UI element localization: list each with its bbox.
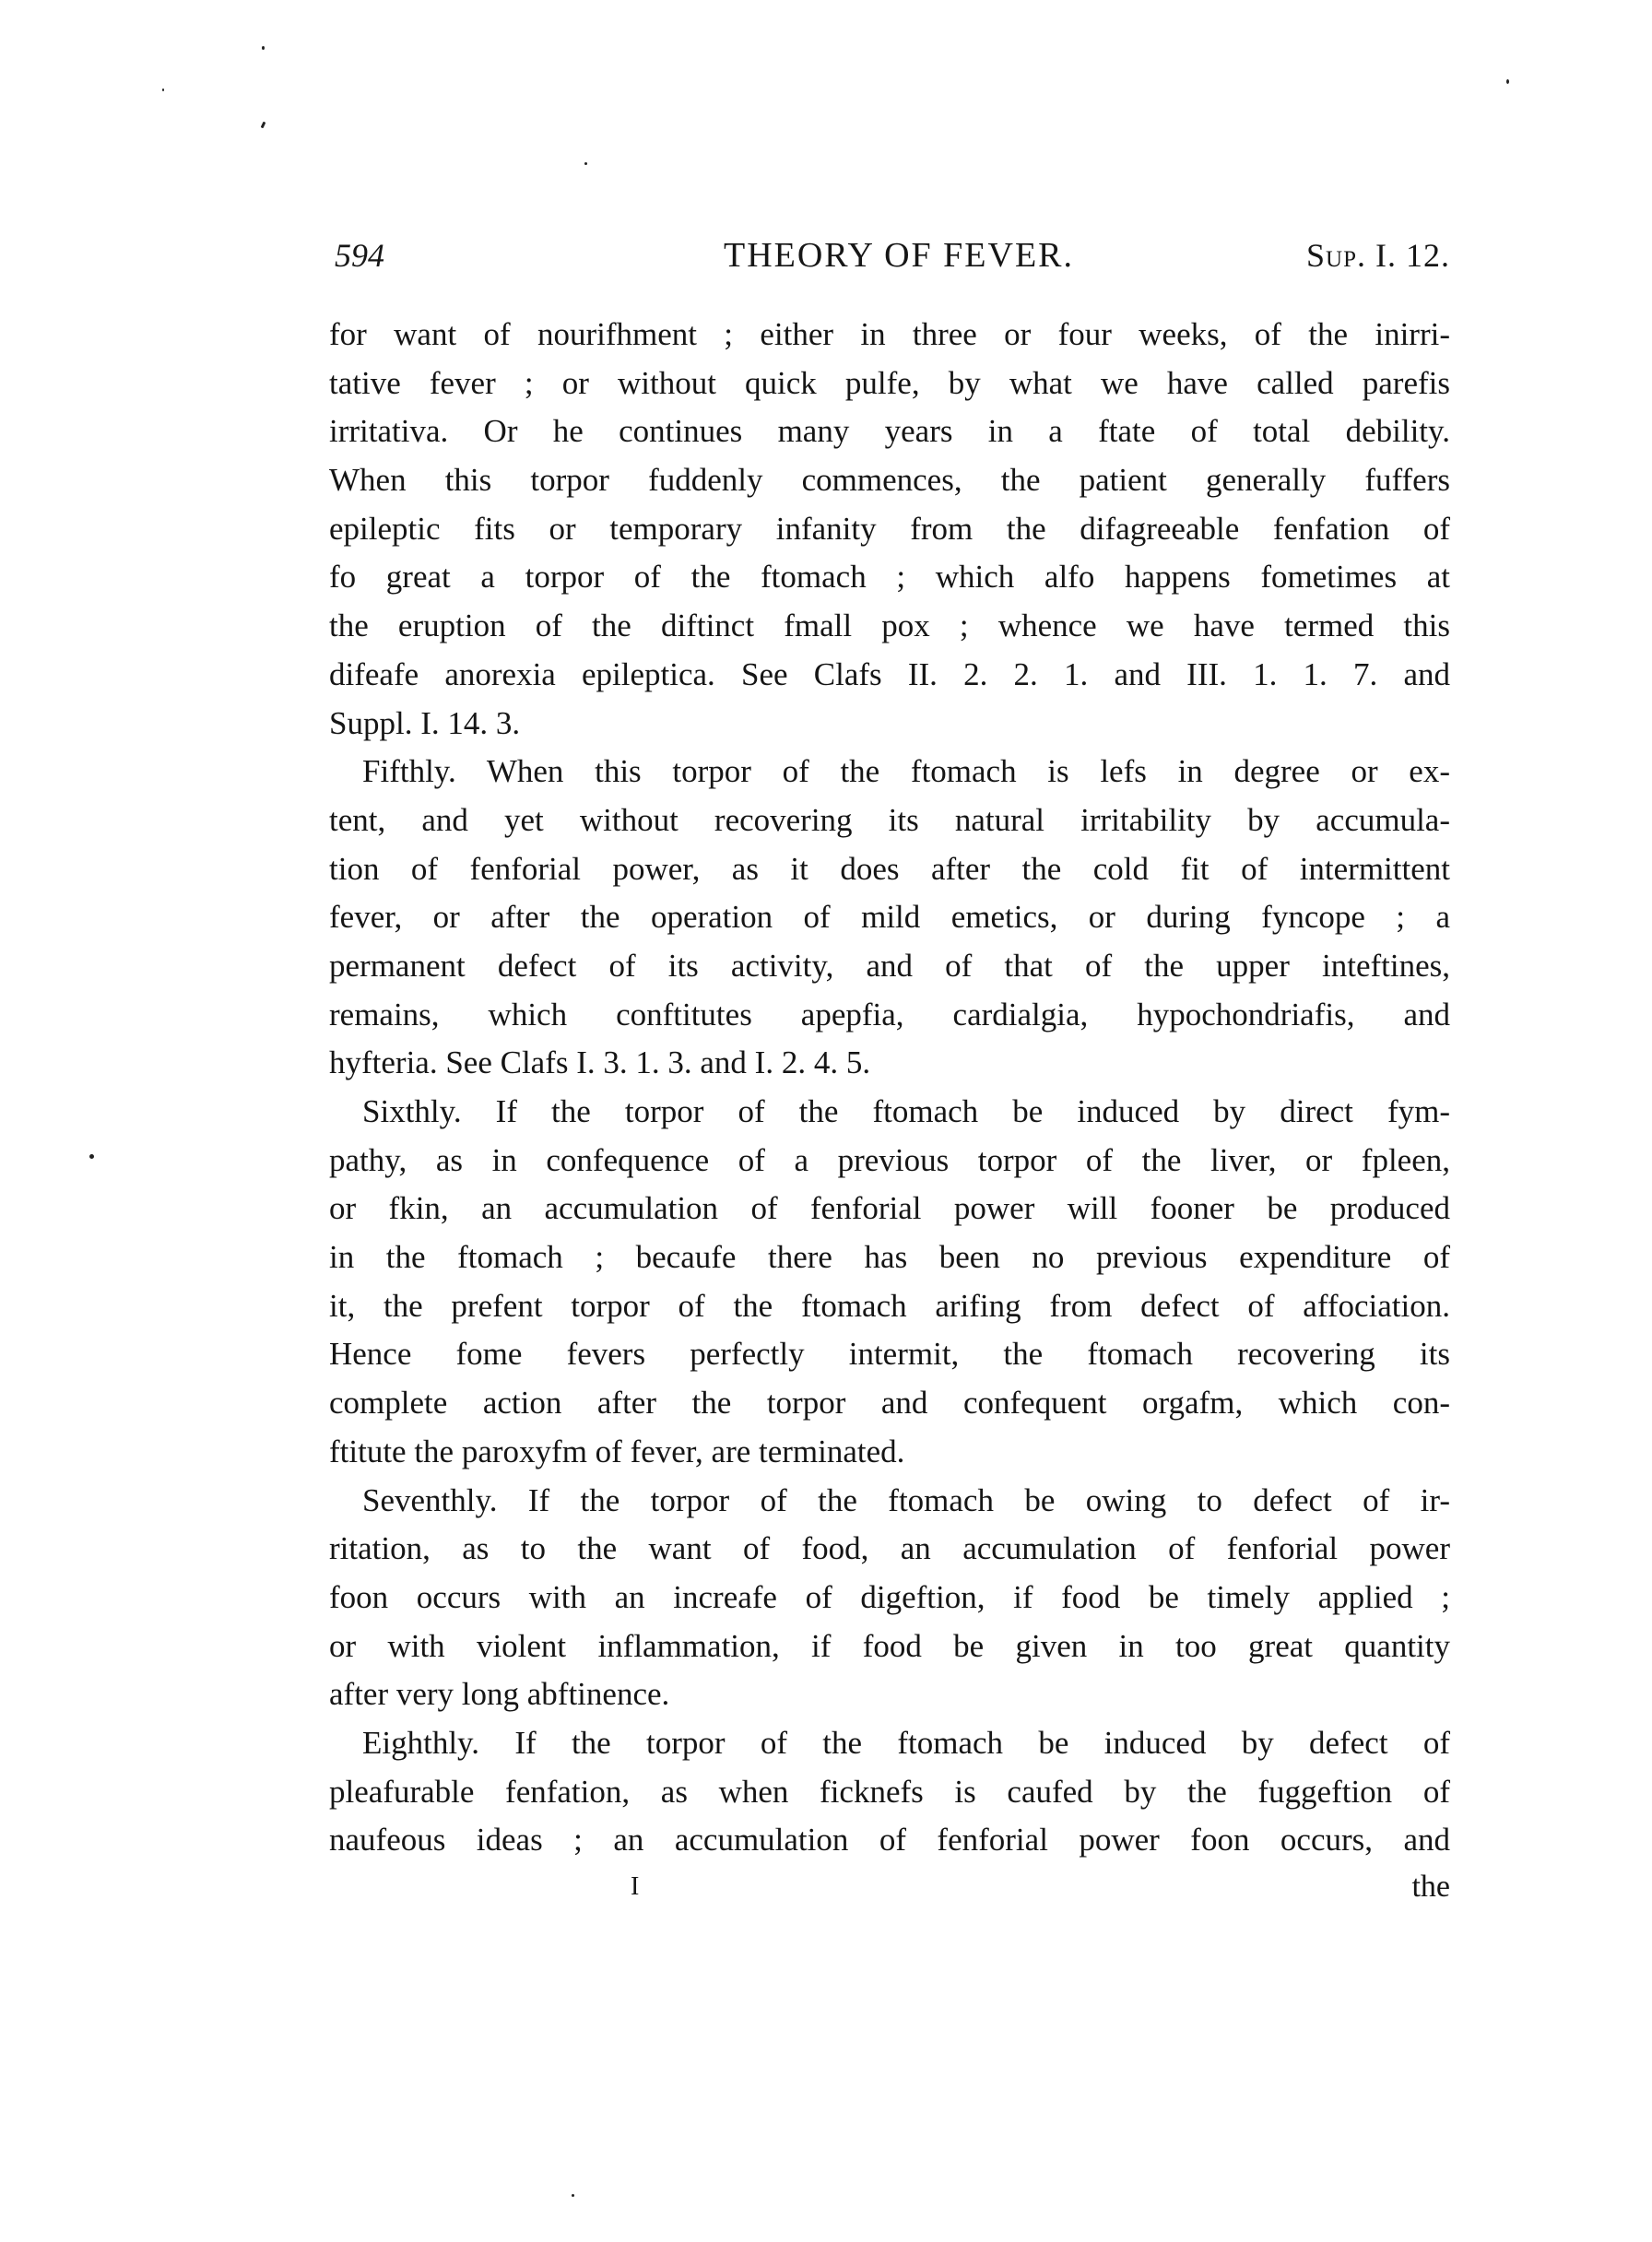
scan-speck <box>572 2194 574 2197</box>
scan-speck <box>261 122 266 129</box>
text-line: Sixthly. If the torpor of the ftomach be… <box>329 1088 1450 1137</box>
text-line: foon occurs with an increafe of digeftio… <box>329 1574 1450 1622</box>
text-line: the eruption of the diftinct fmall pox ;… <box>329 602 1450 651</box>
text-line: it, the prefent torpor of the ftomach ar… <box>329 1282 1450 1331</box>
scan-speck <box>89 1154 94 1159</box>
body-text: for want of nourifhment ; either in thre… <box>329 311 1450 1865</box>
text-line: When this torpor fuddenly commences, the… <box>329 456 1450 505</box>
text-line: irritativa. Or he continues many years i… <box>329 407 1450 456</box>
text-line: difeafe anorexia epileptica. See Clafs I… <box>329 651 1450 700</box>
text-line: or with violent inflammation, if food be… <box>329 1622 1450 1671</box>
text-line: Suppl. I. 14. 3. <box>329 700 1450 749</box>
text-line: ftitute the paroxyfm of fever, are termi… <box>329 1428 1450 1477</box>
catchword: the <box>1411 1863 1450 1911</box>
text-line: fo great a torpor of the ftomach ; which… <box>329 553 1450 602</box>
text-line: naufeous ideas ; an accumulation of fenf… <box>329 1816 1450 1865</box>
text-line: hyfteria. See Clafs I. 3. 1. 3. and I. 2… <box>329 1039 1450 1088</box>
text-line: after very long abftinence. <box>329 1670 1450 1719</box>
text-line: Hence fome fevers perfectly intermit, th… <box>329 1330 1450 1379</box>
running-head: 594 THEORY OF FEVER. Sup. I. 12. <box>329 232 1450 278</box>
text-line: remains, which conftitutes apepfia, card… <box>329 991 1450 1040</box>
text-line: pathy, as in confequence of a previous t… <box>329 1137 1450 1186</box>
book-page: 594 THEORY OF FEVER. Sup. I. 12. for wan… <box>0 0 1652 2242</box>
signature-line: I the <box>329 1863 1450 1911</box>
text-line: tent, and yet without recovering its nat… <box>329 796 1450 845</box>
text-line: for want of nourifhment ; either in thre… <box>329 311 1450 360</box>
text-line: Eighthly. If the torpor of the ftomach b… <box>329 1719 1450 1768</box>
text-line: Fifthly. When this torpor of the ftomach… <box>329 748 1450 796</box>
paragraph: Eighthly. If the torpor of the ftomach b… <box>329 1719 1450 1865</box>
text-line: ritation, as to the want of food, an acc… <box>329 1525 1450 1574</box>
text-line: in the ftomach ; becaufe there has been … <box>329 1233 1450 1282</box>
text-line: tion of fenforial power, as it does afte… <box>329 845 1450 894</box>
text-line: Seventhly. If the torpor of the ftomach … <box>329 1477 1450 1526</box>
text-line: tative fever ; or without quick pulfe, b… <box>329 360 1450 408</box>
text-line: permanent defect of its activity, and of… <box>329 942 1450 991</box>
scan-speck <box>262 46 265 50</box>
scan-speck <box>162 88 164 91</box>
paragraph: Seventhly. If the torpor of the ftomach … <box>329 1477 1450 1719</box>
scan-speck <box>1506 79 1509 84</box>
paragraph: for want of nourifhment ; either in thre… <box>329 311 1450 748</box>
text-line: pleafurable fenfation, as when ficknefs … <box>329 1768 1450 1817</box>
text-line: or fkin, an accumulation of fenforial po… <box>329 1185 1450 1233</box>
signature-mark: I <box>631 1863 639 1911</box>
text-line: complete action after the torpor and con… <box>329 1379 1450 1428</box>
running-title: THEORY OF FEVER. <box>678 232 1120 278</box>
text-line: epileptic fits or temporary infanity fro… <box>329 505 1450 554</box>
section-reference: Sup. I. 12. <box>1306 232 1450 278</box>
paragraph: Fifthly. When this torpor of the ftomach… <box>329 748 1450 1088</box>
page-number: 594 <box>335 232 384 278</box>
paragraph: Sixthly. If the torpor of the ftomach be… <box>329 1088 1450 1477</box>
text-line: fever, or after the operation of mild em… <box>329 893 1450 942</box>
scan-speck <box>584 162 587 165</box>
